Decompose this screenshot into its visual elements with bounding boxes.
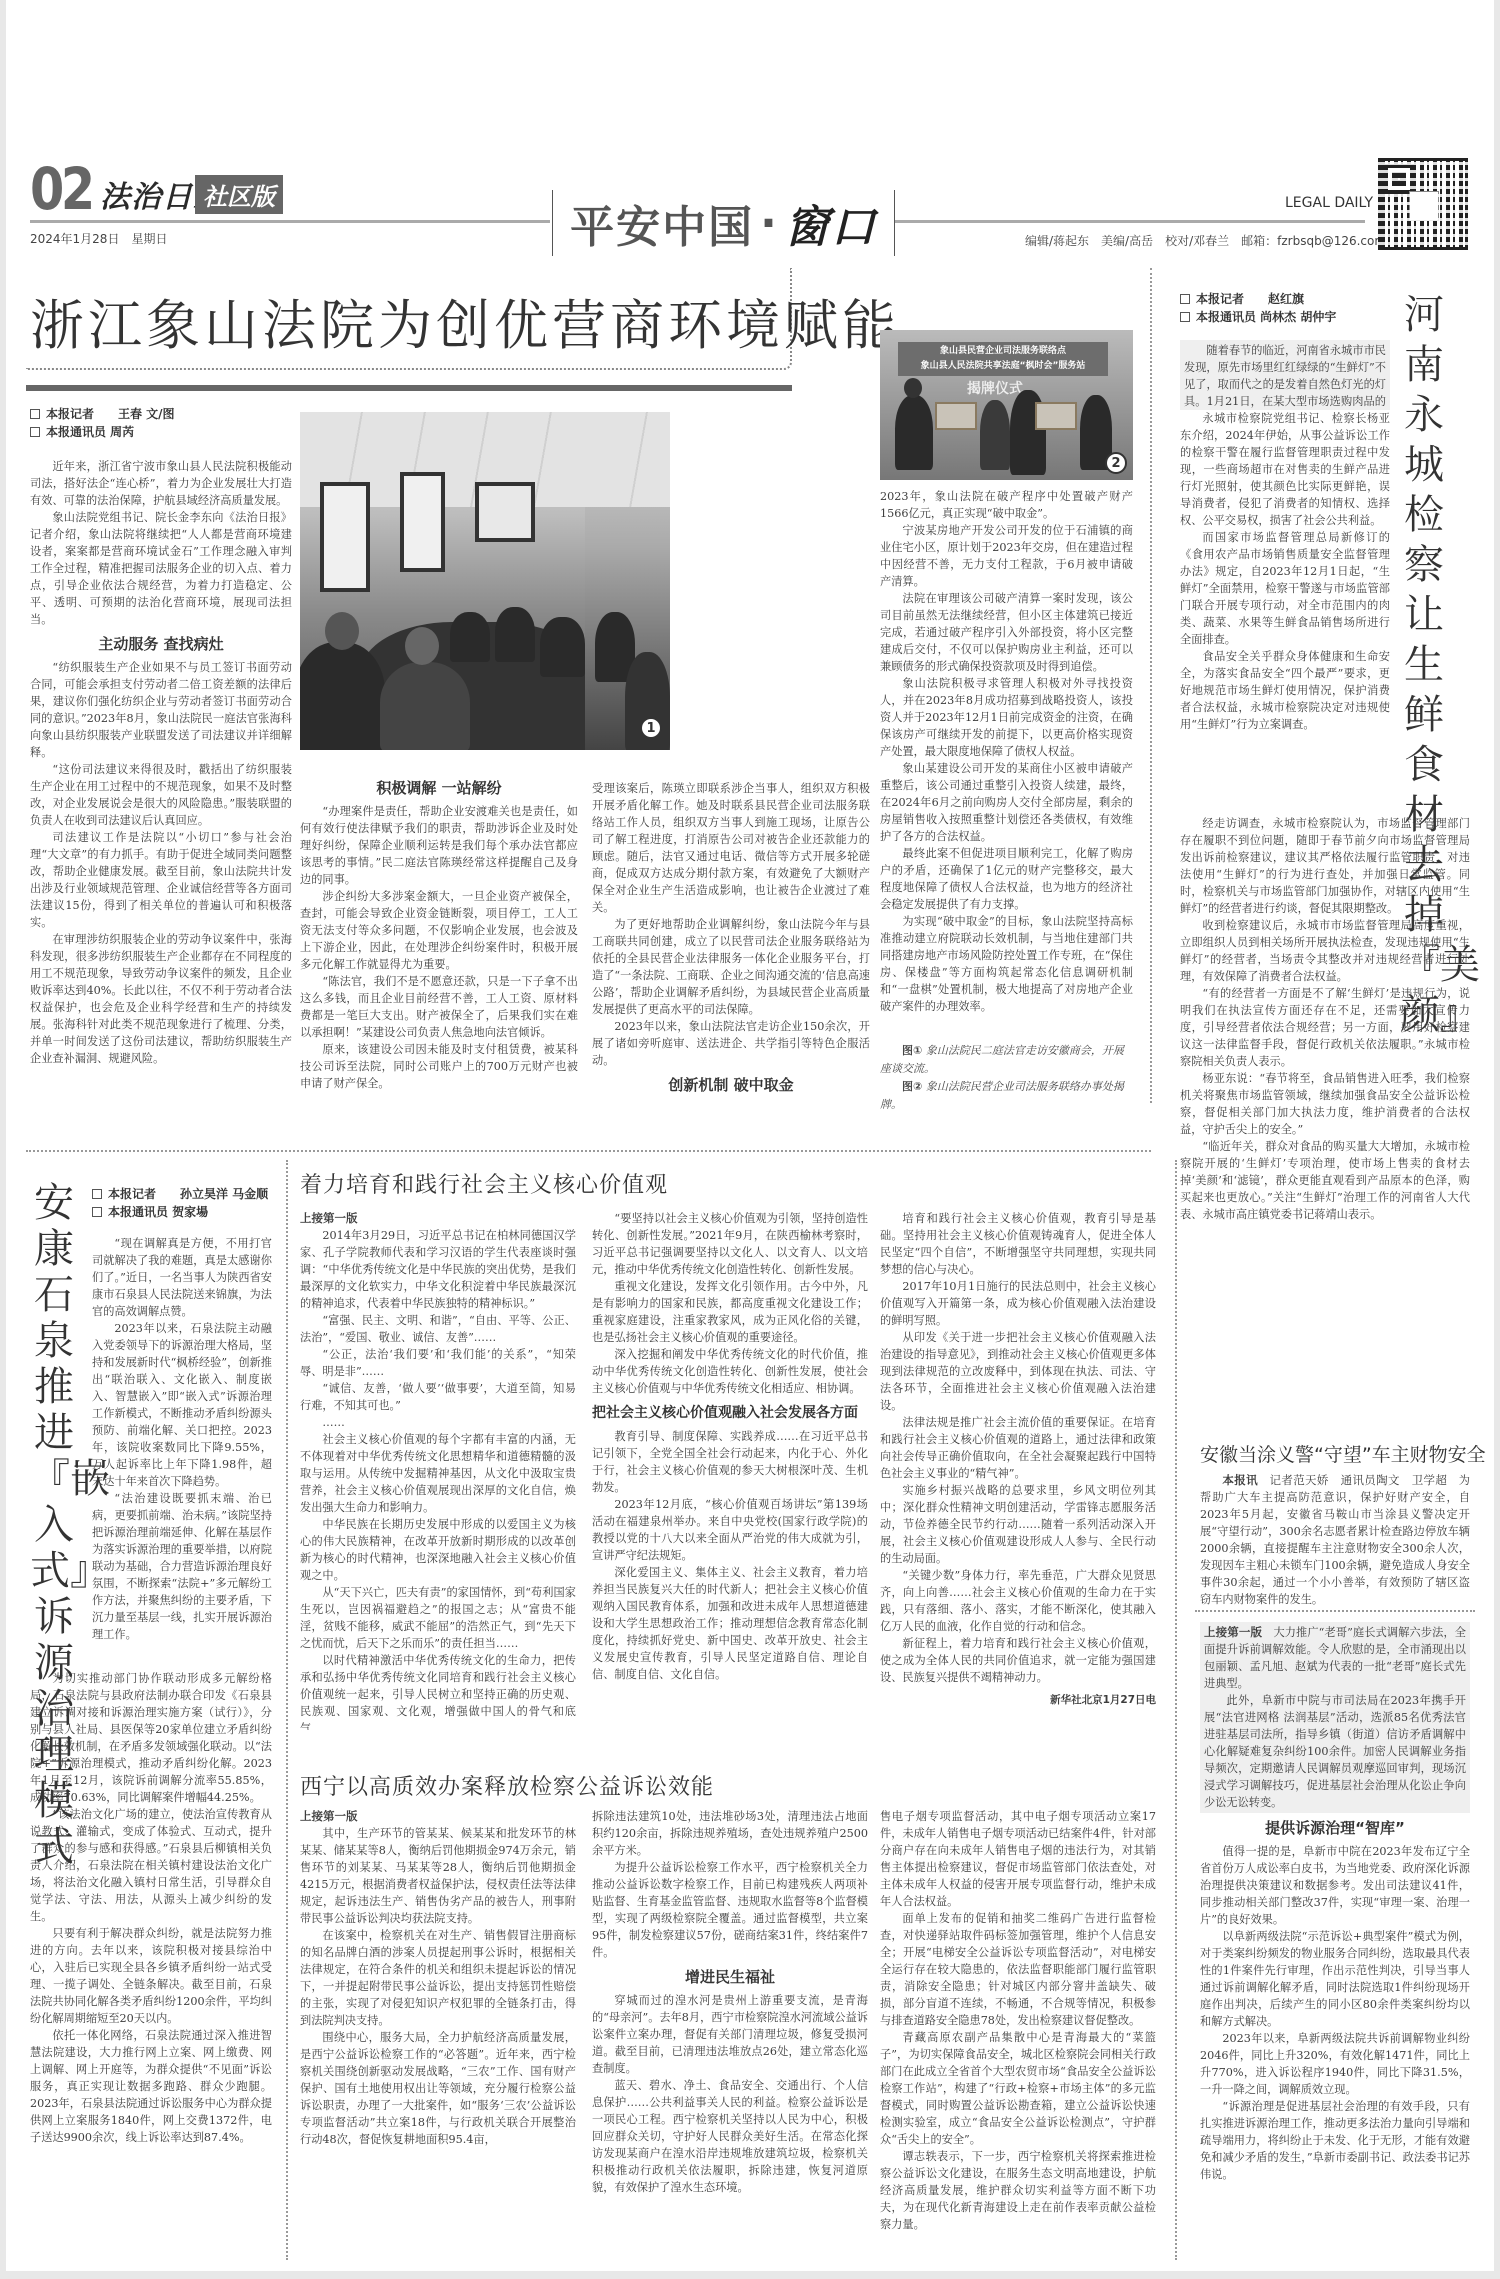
legal-daily-label: LEGAL DAILY: [1285, 195, 1373, 211]
henan-lead-shaded: 随着春节的临近，河南省永城市市民发现，原先市场里红红绿绿的“生鲜灯”不见了，取而…: [1180, 340, 1390, 410]
subhead-active-service: 主动服务 查找病灶: [30, 636, 292, 653]
qr-code-texture: [1378, 158, 1468, 250]
header-rule-right: [895, 220, 1365, 223]
subhead-integrate-values: 把社会主义核心价值观融入社会发展各方面: [592, 1405, 868, 1422]
section-divider: [26, 1150, 1151, 1152]
byline-correspondent: 本报通讯员 周芮: [30, 423, 175, 441]
xining-article-title: 西宁以高质效办案释放检察公益诉讼效能: [300, 1770, 714, 1801]
core-values-column-3: 培育和践行社会主义核心价值观，教育引导是基础。坚持用社会主义核心价值观铸魂育人，…: [880, 1210, 1156, 1730]
henan-bylines: 本报记者 赵红旗 本报通讯员 尚林杰 胡仲宇: [1180, 290, 1336, 326]
photo-1-number: 1: [640, 717, 662, 739]
henan-column-1: 永城市检察院党组书记、检察长杨亚东介绍，2024年伊始，从事公益诉讼工作的检察干…: [1180, 410, 1390, 810]
subhead-mediation: 积极调解 一站解纷: [300, 780, 578, 797]
photo-2-number: 2: [1105, 452, 1127, 474]
section-dot: ·: [760, 198, 779, 249]
right-divider: [1195, 1610, 1475, 1612]
photo-2-plaque-ceremony: 象山县民营企业司法服务联络点 象山县人民法院共享法庭“枫时会”服务站 揭牌仪式 …: [880, 330, 1133, 480]
caption-2: 图② 象山法院民营企业司法服务联络办事处揭牌。: [880, 1078, 1133, 1114]
xining-column-2: 拆除违法建筑10处，违法堆砂场3处，清理违法占地面积约120余亩，拆除违规养殖场…: [592, 1808, 868, 2268]
column-divider-right-lower: [1175, 1160, 1177, 2260]
square-bullet-icon: [92, 1189, 102, 1199]
section-sub: 窗口: [785, 191, 877, 255]
square-bullet-icon: [1180, 294, 1190, 304]
editor-credits: 编辑/蒋起东 美编/高岳 校对/邓春兰 邮箱：fzrbsqb@126.com: [1025, 232, 1386, 249]
main-article-column-1: 近年来，浙江省宁波市象山县人民法院积极能动司法，搭好法企“连心桥”，着力为企业发…: [30, 458, 292, 1067]
photo-captions: 图① 象山法院民二庭法官走访安徽商会，开展座谈交流。 图② 象山法院民营企业司法…: [880, 1042, 1133, 1114]
square-bullet-icon: [30, 409, 40, 419]
main-article-column-3: 受理该案后，陈瑛立即联系涉企当事人，组织双方积极开展矛盾化解工作。她及时联系县民…: [592, 780, 870, 1100]
page-number: 02: [30, 160, 92, 218]
header-rule-left: [30, 220, 550, 223]
section-main: 平安中国: [570, 191, 754, 255]
subhead-think-tank: 提供诉源治理“智库”: [1200, 1820, 1470, 1837]
main-article-title: 浙江象山法院为创优营商环境赋能: [30, 283, 900, 360]
ankang-column-2: 为切实推动部门协作联动形成多元解纷格局，石泉法院与县政府法制办联合印发《石泉县建…: [30, 1670, 272, 2265]
photo-1-meeting: [300, 412, 585, 750]
henan-column-2: 经走访调查，永城市检察院认为，市场监督管理部门存在履职不到位问题，随即于春节前夕…: [1180, 815, 1470, 1395]
caption-1: 图① 象山法院民二庭法官走访安徽商会，开展座谈交流。: [880, 1042, 1133, 1078]
main-bylines: 本报记者 王春 文/图 本报通讯员 周芮: [30, 405, 175, 441]
photo-1-right-part: 1: [585, 412, 670, 750]
subhead-wellbeing: 增进民生福祉: [592, 1969, 868, 1986]
square-bullet-icon: [92, 1207, 102, 1217]
core-values-title: 着力培育和践行社会主义核心价值观: [300, 1168, 668, 1199]
fuxin-article-top: 上接第一版 大力推广“老哥”庭长式调解六步法，全面提升诉前调解效能。令人欣慰的是…: [1200, 1622, 1470, 1813]
xining-column-3: 售电子烟专项监督活动，其中电子烟专项活动立案17件，未成年人销售电子烟专项活动已…: [880, 1808, 1156, 2268]
main-title-bar: [26, 385, 792, 391]
core-values-column-1: 上接第一版 2014年3月29日，习近平总书记在柏林同德国汉学家、孔子学院教师代…: [300, 1210, 576, 1730]
main-article-column-2: 积极调解 一站解纷 “办理案件是责任，帮助企业安渡难关也是责任，如何有效行使法律…: [300, 780, 578, 1100]
dateline: 新华社北京1月27日电: [880, 1692, 1156, 1709]
anhui-article-body: 本报讯 记者范天娇 通讯员陶文 卫学超 为帮助广大车主提高防范意识，保护好财产安…: [1200, 1472, 1470, 1608]
xining-column-1: 上接第一版 其中，生产环节的管某某、候某某和批发环节的林某某、储某某等8人，衡纳…: [300, 1808, 576, 2268]
fuxin-article-bottom: 提供诉源治理“智库” 值得一提的是，阜新市中院在2023年发布辽宁全省首份万人成…: [1200, 1812, 1470, 2183]
core-values-column-2: “要坚持以社会主义核心价值观为引领，坚持创造性转化、创新性发展。”2021年9月…: [592, 1210, 868, 1730]
square-bullet-icon: [30, 427, 40, 437]
edition-badge: 社区版: [195, 175, 283, 214]
byline-reporter: 本报记者 王春 文/图: [30, 405, 175, 423]
ankang-column-1: “现在调解真是方便，不用打官司就解决了我的难题，真是太感谢你们了。”近日，一名当…: [92, 1235, 272, 1665]
ankang-bylines: 本报记者 孙立昊洋 马金顺 本报通讯员 贺家場: [92, 1185, 268, 1221]
anhui-article-title: 安徽当涂义警“守望”车主财物安全: [1200, 1440, 1486, 1467]
square-bullet-icon: [1180, 312, 1190, 322]
column-divider-right: [1150, 268, 1152, 1103]
main-article-column-4: 2023年，象山法院在破产程序中处置破产财产1566亿元，真正实现“破中取金”。…: [880, 488, 1133, 1018]
subhead-innovation: 创新机制 破中取金: [592, 1077, 870, 1094]
issue-date: 2024年1月28日 星期日: [30, 230, 167, 247]
column-divider-left: [286, 1160, 288, 2260]
section-title: 平安中国 · 窗口: [552, 190, 895, 256]
